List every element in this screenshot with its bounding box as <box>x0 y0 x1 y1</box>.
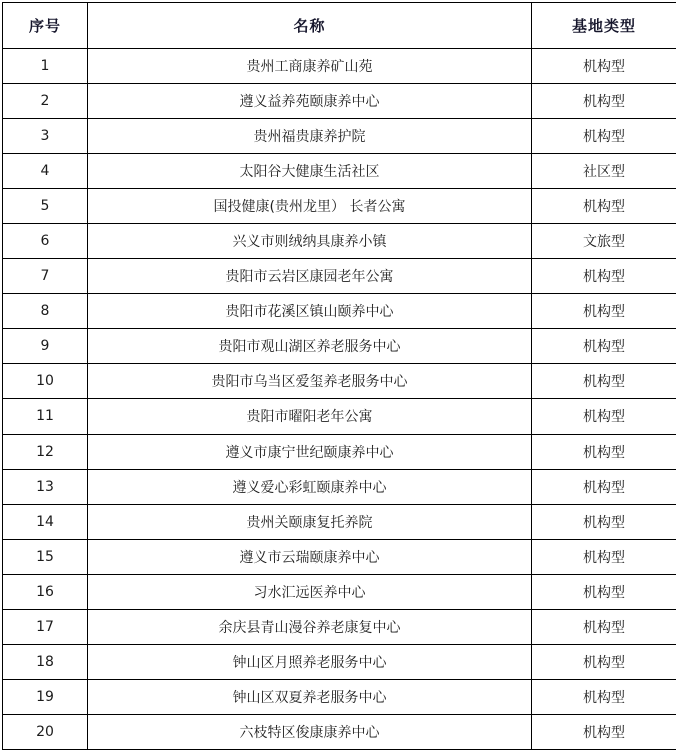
table-row: 11 贵阳市曜阳老年公寓 机构型 <box>3 399 676 434</box>
type-cell: 机构型 <box>532 574 676 609</box>
name-cell: 贵阳市花溪区镇山颐养中心 <box>88 294 532 329</box>
type-cell: 机构型 <box>532 539 676 574</box>
table-row: 20 六枝特区俊康康养中心 机构型 <box>3 714 676 749</box>
type-cell: 机构型 <box>532 399 676 434</box>
col-header-name: 名称 <box>88 3 532 49</box>
name-cell: 贵阳市曜阳老年公寓 <box>88 399 532 434</box>
table-row: 6 兴义市则绒纳具康养小镇 文旅型 <box>3 224 676 259</box>
table-row: 18 钟山区月照养老服务中心 机构型 <box>3 644 676 679</box>
table-row: 7 贵阳市云岩区康园老年公寓 机构型 <box>3 259 676 294</box>
name-cell: 贵阳市乌当区爱玺养老服务中心 <box>88 364 532 399</box>
table-row: 13 遵义爱心彩虹颐康养中心 机构型 <box>3 469 676 504</box>
base-list-table: 序号 名称 基地类型 1 贵州工商康养矿山苑 机构型 2 遵义益养苑颐康养中心 … <box>2 2 676 750</box>
name-cell: 贵州关颐康复托养院 <box>88 504 532 539</box>
type-cell: 机构型 <box>532 294 676 329</box>
seq-cell: 13 <box>3 469 88 504</box>
type-cell: 机构型 <box>532 469 676 504</box>
type-cell: 机构型 <box>532 644 676 679</box>
type-cell: 机构型 <box>532 714 676 749</box>
table-row: 3 贵州福贵康养护院 机构型 <box>3 119 676 154</box>
seq-cell: 3 <box>3 119 88 154</box>
seq-cell: 7 <box>3 259 88 294</box>
type-cell: 机构型 <box>532 189 676 224</box>
col-header-type: 基地类型 <box>532 3 676 49</box>
seq-cell: 1 <box>3 49 88 84</box>
type-cell: 机构型 <box>532 119 676 154</box>
name-cell: 遵义爱心彩虹颐康养中心 <box>88 469 532 504</box>
name-cell: 兴义市则绒纳具康养小镇 <box>88 224 532 259</box>
table-row: 9 贵阳市观山湖区养老服务中心 机构型 <box>3 329 676 364</box>
name-cell: 遵义市云瑞颐康养中心 <box>88 539 532 574</box>
name-cell: 钟山区双夏养老服务中心 <box>88 679 532 714</box>
table-row: 1 贵州工商康养矿山苑 机构型 <box>3 49 676 84</box>
type-cell: 机构型 <box>532 679 676 714</box>
header-row: 序号 名称 基地类型 <box>3 3 676 49</box>
seq-cell: 4 <box>3 154 88 189</box>
seq-cell: 16 <box>3 574 88 609</box>
seq-cell: 9 <box>3 329 88 364</box>
name-cell: 贵阳市观山湖区养老服务中心 <box>88 329 532 364</box>
type-cell: 社区型 <box>532 154 676 189</box>
seq-cell: 6 <box>3 224 88 259</box>
name-cell: 贵阳市云岩区康园老年公寓 <box>88 259 532 294</box>
name-cell: 余庆县青山漫谷养老康复中心 <box>88 609 532 644</box>
seq-cell: 11 <box>3 399 88 434</box>
seq-cell: 2 <box>3 84 88 119</box>
table-row: 12 遵义市康宁世纪颐康养中心 机构型 <box>3 434 676 469</box>
type-cell: 机构型 <box>532 329 676 364</box>
table-row: 15 遵义市云瑞颐康养中心 机构型 <box>3 539 676 574</box>
col-header-seq: 序号 <box>3 3 88 49</box>
type-cell: 机构型 <box>532 364 676 399</box>
type-cell: 机构型 <box>532 259 676 294</box>
seq-cell: 14 <box>3 504 88 539</box>
name-cell: 遵义市康宁世纪颐康养中心 <box>88 434 532 469</box>
seq-cell: 10 <box>3 364 88 399</box>
table-row: 17 余庆县青山漫谷养老康复中心 机构型 <box>3 609 676 644</box>
type-cell: 机构型 <box>532 434 676 469</box>
type-cell: 机构型 <box>532 504 676 539</box>
table-row: 19 钟山区双夏养老服务中心 机构型 <box>3 679 676 714</box>
page: 序号 名称 基地类型 1 贵州工商康养矿山苑 机构型 2 遵义益养苑颐康养中心 … <box>0 0 676 752</box>
seq-cell: 17 <box>3 609 88 644</box>
name-cell: 贵州工商康养矿山苑 <box>88 49 532 84</box>
name-cell: 六枝特区俊康康养中心 <box>88 714 532 749</box>
seq-cell: 19 <box>3 679 88 714</box>
type-cell: 机构型 <box>532 84 676 119</box>
table-row: 2 遵义益养苑颐康养中心 机构型 <box>3 84 676 119</box>
seq-cell: 20 <box>3 714 88 749</box>
table-row: 14 贵州关颐康复托养院 机构型 <box>3 504 676 539</box>
seq-cell: 8 <box>3 294 88 329</box>
table-row: 16 习水汇远医养中心 机构型 <box>3 574 676 609</box>
table-row: 8 贵阳市花溪区镇山颐养中心 机构型 <box>3 294 676 329</box>
seq-cell: 5 <box>3 189 88 224</box>
table-body: 1 贵州工商康养矿山苑 机构型 2 遵义益养苑颐康养中心 机构型 3 贵州福贵康… <box>3 49 676 750</box>
seq-cell: 18 <box>3 644 88 679</box>
name-cell: 习水汇远医养中心 <box>88 574 532 609</box>
name-cell: 钟山区月照养老服务中心 <box>88 644 532 679</box>
type-cell: 机构型 <box>532 609 676 644</box>
seq-cell: 12 <box>3 434 88 469</box>
type-cell: 机构型 <box>532 49 676 84</box>
name-cell: 国投健康(贵州龙里） 长者公寓 <box>88 189 532 224</box>
table-row: 4 太阳谷大健康生活社区 社区型 <box>3 154 676 189</box>
table-row: 5 国投健康(贵州龙里） 长者公寓 机构型 <box>3 189 676 224</box>
table-header: 序号 名称 基地类型 <box>3 3 676 49</box>
name-cell: 贵州福贵康养护院 <box>88 119 532 154</box>
name-cell: 太阳谷大健康生活社区 <box>88 154 532 189</box>
name-cell: 遵义益养苑颐康养中心 <box>88 84 532 119</box>
table-row: 10 贵阳市乌当区爱玺养老服务中心 机构型 <box>3 364 676 399</box>
seq-cell: 15 <box>3 539 88 574</box>
type-cell: 文旅型 <box>532 224 676 259</box>
